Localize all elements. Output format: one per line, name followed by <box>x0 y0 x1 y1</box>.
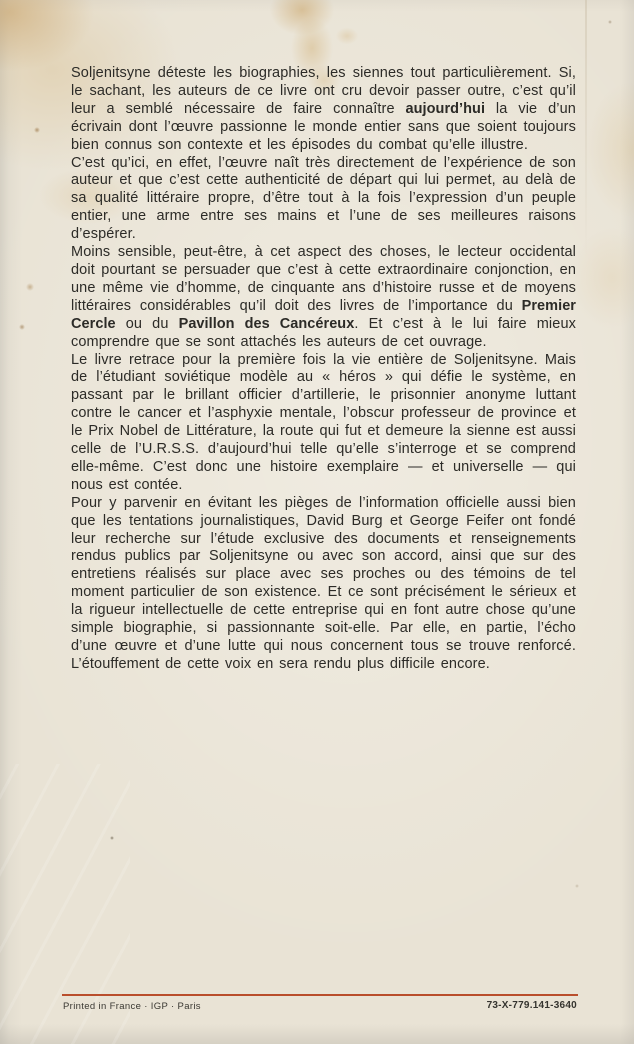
book-back-cover: Soljenitsyne déteste les biographies, le… <box>0 0 634 1044</box>
text-run: Pour y parvenir en évitant les pièges de… <box>71 495 576 672</box>
paper-crease <box>585 0 587 260</box>
text-run: Moins sensible, peut-être, à cet aspect … <box>71 244 576 314</box>
bold-text-run: Pavillon des Cancéreux <box>179 316 355 332</box>
printer-credit: Printed in France · IGP · Paris <box>63 1001 201 1012</box>
paragraph: Soljenitsyne déteste les biographies, le… <box>71 65 576 155</box>
footer-rule <box>62 994 578 996</box>
back-cover-text: Soljenitsyne déteste les biographies, le… <box>71 65 576 674</box>
paragraph: C’est qu’ici, en effet, l’œuvre naît trè… <box>71 155 576 245</box>
text-run: Le livre retrace pour la première fois l… <box>71 352 576 493</box>
paragraph: Pour y parvenir en évitant les pièges de… <box>71 495 576 674</box>
bold-text-run: aujourd’hui <box>406 101 486 117</box>
text-run: C’est qu’ici, en effet, l’œuvre naît trè… <box>71 155 576 243</box>
text-run: ou du <box>116 316 179 332</box>
paragraph: Le livre retrace pour la première fois l… <box>71 352 576 495</box>
paragraph: Moins sensible, peut-être, à cet aspect … <box>71 244 576 351</box>
print-code: 73-X-779.141-3640 <box>487 1000 577 1011</box>
